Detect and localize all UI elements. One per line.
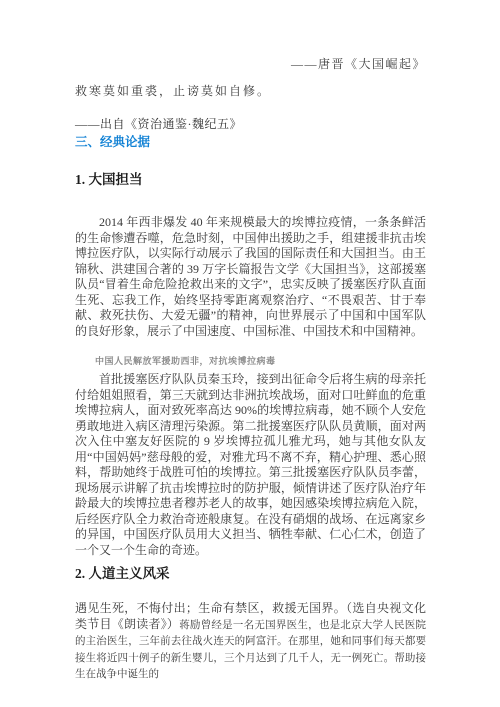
section-heading-classic-arguments: 三、经典论据 xyxy=(75,134,426,150)
document-page: ——唐晋《大国崛起》 救寒莫如重裘，止谤莫如自修。 ——出自《资治通鉴·魏纪五》… xyxy=(0,0,500,707)
classical-quote: 救寒莫如重裘，止谤莫如自修。 xyxy=(75,84,426,99)
quote-attribution-top: ——唐晋《大国崛起》 xyxy=(75,57,426,72)
quote-source: ——出自《资治通鉴·魏纪五》 xyxy=(75,117,426,132)
paragraph-doctor-without-borders: 遇见生死，不悔付出；生命有禁区，救援无国界。（选自央视文化类节目《朗读者》）蒋励… xyxy=(75,601,426,683)
subheading-great-power-responsibility: 1. 大国担当 xyxy=(75,171,426,188)
subheading-humanitarian-spirit: 2. 人道主义风采 xyxy=(75,565,426,582)
paragraph-medical-team-stories: 首批援塞医疗队队员秦玉玲，接到出征命令后将生病的母亲托付给姐姐照看，第三天就到达… xyxy=(75,372,426,558)
document-content: ——唐晋《大国崛起》 救寒莫如重裘，止谤莫如自修。 ——出自《资治通鉴·魏纪五》… xyxy=(0,0,500,683)
image-caption: 中国人民解放军援助西非，对抗埃博拉病毒 xyxy=(95,356,426,367)
paragraph-ebola-mission: 2014 年西非爆发 40 年来规模最大的埃博拉疫情，一条条鲜活的生命惨遭吞噬，… xyxy=(75,215,426,339)
